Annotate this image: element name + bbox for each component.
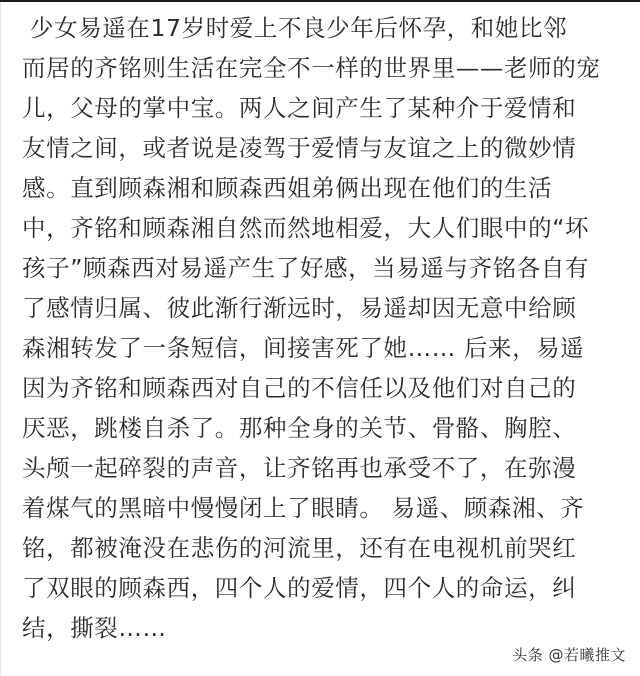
text-line: 了双眼的顾森西，四个人的爱情，四个人的命运，纠 — [22, 568, 628, 608]
text-line: 结，撕裂…… — [22, 608, 628, 648]
text-line: 儿，父母的掌中宝。两人之间产生了某种介于爱情和 — [22, 88, 628, 128]
text-line: 着煤气的黑暗中慢慢闭上了眼睛。 易遥、顾森湘、齐 — [22, 488, 628, 528]
text-line: 因为齐铭和顾森西对自己的不信任以及他们对自己的 — [22, 368, 628, 408]
left-border — [0, 2, 1, 676]
text-line: 感。直到顾森湘和顾森西姐弟俩出现在他们的生活 — [22, 168, 628, 208]
text-line: 厌恶，跳楼自杀了。那种全身的关节、骨骼、胸腔、 — [22, 408, 628, 448]
text-line: 孩子”顾森西对易遥产生了好感，当易遥与齐铭各自有 — [22, 248, 628, 288]
text-line: 而居的齐铭则生活在完全不一样的世界里——老师的宠 — [22, 48, 628, 88]
text-line: 头颅一起碎裂的声音，让齐铭再也承受不了，在弥漫 — [22, 448, 628, 488]
source-watermark: 头条 @若曦推文 — [512, 644, 626, 665]
article-body: 少女易遥在17岁时爱上不良少年后怀孕，和她比邻 而居的齐铭则生活在完全不一样的世… — [22, 8, 628, 648]
text-line: 友情之间，或者说是凌驾于爱情与友谊之上的微妙情 — [22, 128, 628, 168]
top-divider — [0, 0, 640, 2]
text-line: 了感情归属、彼此渐行渐远时，易遥却因无意中给顾 — [22, 288, 628, 328]
text-line: 中，齐铭和顾森湘自然而然地相爱，大人们眼中的“坏 — [22, 208, 628, 248]
text-line: 少女易遥在17岁时爱上不良少年后怀孕，和她比邻 — [22, 8, 628, 48]
text-line: 铭，都被淹没在悲伤的河流里，还有在电视机前哭红 — [22, 528, 628, 568]
text-line: 森湘转发了一条短信，间接害死了她…… 后来，易遥 — [22, 328, 628, 368]
